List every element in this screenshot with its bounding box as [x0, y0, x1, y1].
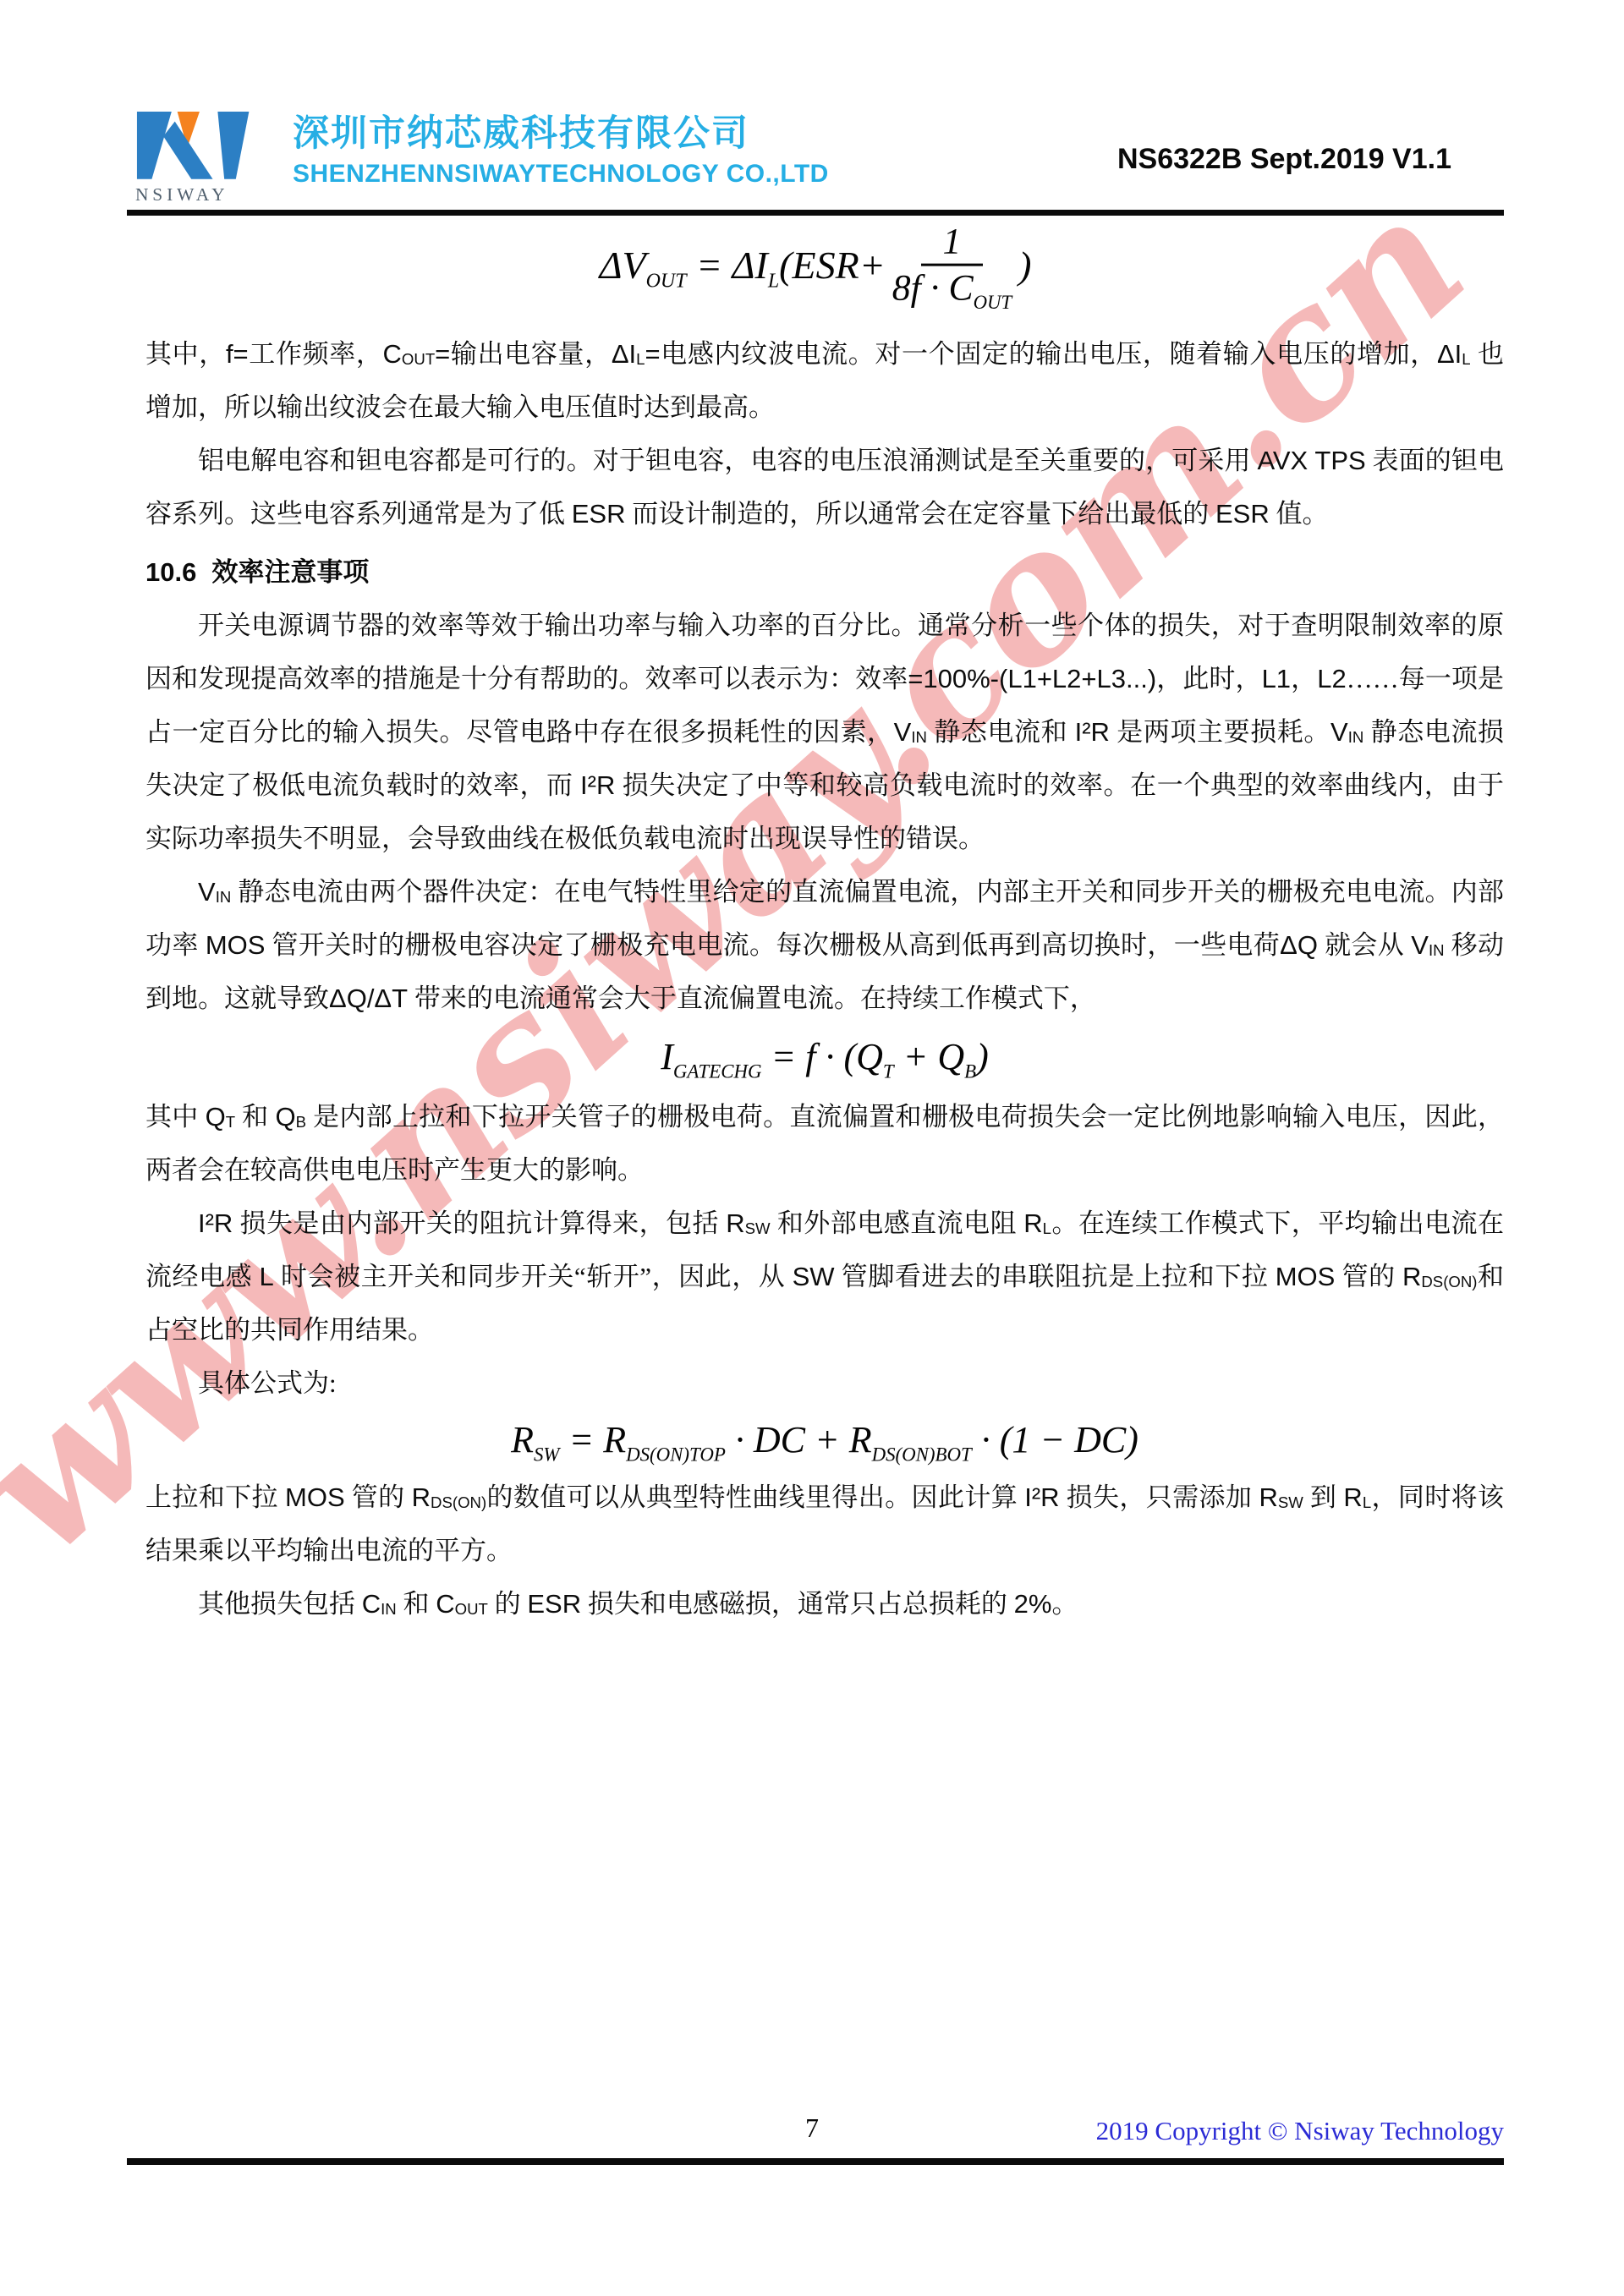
footer-divider — [127, 2158, 1504, 2165]
section-heading: 10.6效率注意事项 — [145, 545, 1504, 599]
company-names: 深圳市纳芯威科技有限公司 SHENZHENNSIWAYTECHNOLOGY CO… — [293, 110, 829, 193]
paragraph-gate-charge-note: 其中 QT 和 QB 是内部上拉和下拉开关管子的栅极电荷。直流偏置和栅极电荷损失… — [145, 1090, 1504, 1197]
paragraph-formula-lead-in: 具体公式为: — [145, 1356, 1504, 1410]
paragraph-ripple-explanation: 其中，f=工作频率，COUT=输出电容量，ΔIL=电感内纹波电流。对一个固定的输… — [145, 327, 1504, 434]
copyright-notice: 2019 Copyright © Nsiway Technology — [1096, 2116, 1504, 2146]
logo-wordmark: NSIWAY — [135, 184, 229, 205]
paragraph-i2r-loss: I²R 损失是由内部开关的阻抗计算得来，包括 RSW 和外部电感直流电阻 RL。… — [145, 1197, 1504, 1356]
section-title: 效率注意事项 — [211, 557, 369, 587]
page-header: NSIWAY 深圳市纳芯威科技有限公司 SHENZHENNSIWAYTECHNO… — [127, 110, 1504, 205]
document-body: ΔVOUT = ΔIL(ESR+18f · COUT) 其中，f=工作频率，CO… — [127, 222, 1504, 1630]
paragraph-capacitor-choice: 铝电解电容和钽电容都是可行的。对于钽电容，电容的电压浪涌测试是至关重要的，可采用… — [145, 434, 1504, 540]
paragraph-other-losses: 其他损失包括 CIN 和 COUT 的 ESR 损失和电感磁损，通常只占总损耗的… — [145, 1577, 1504, 1630]
formula-gate-charge: IGATECHG = f · (QT + QB) — [145, 1035, 1504, 1080]
company-name-cn: 深圳市纳芯威科技有限公司 — [293, 112, 829, 156]
datasheet-page: www.nsiway.com.cn NSIWAY 深圳市纳芯威科技有限公司 SH… — [0, 0, 1624, 2296]
paragraph-vin-quiescent: VIN 静态电流由两个器件决定：在电气特性里给定的直流偏置电流，内部主开关和同步… — [145, 865, 1504, 1025]
body-text-block: 其中，f=工作频率，COUT=输出电容量，ΔIL=电感内纹波电流。对一个固定的输… — [127, 327, 1504, 1631]
brand-block: NSIWAY 深圳市纳芯威科技有限公司 SHENZHENNSIWAYTECHNO… — [127, 110, 829, 205]
formula-output-ripple: ΔVOUT = ΔIL(ESR+18f · COUT) — [127, 227, 1504, 312]
paragraph-efficiency-intro: 开关电源调节器的效率等效于输出功率与输入功率的百分比。通常分析一些个体的损失，对… — [145, 599, 1504, 865]
nsiway-logo-icon: NSIWAY — [127, 110, 269, 205]
company-name-en: SHENZHENNSIWAYTECHNOLOGY CO.,LTD — [293, 156, 829, 193]
document-reference: NS6322B Sept.2019 V1.1 — [1117, 143, 1451, 176]
paragraph-rdson-values: 上拉和下拉 MOS 管的 RDS(ON)的数值可以从典型特性曲线里得出。因此计算… — [145, 1471, 1504, 1577]
header-divider — [127, 210, 1504, 216]
formula-rsw: RSW = RDS(ON)TOP · DC + RDS(ON)BOT · (1 … — [145, 1418, 1504, 1463]
section-number: 10.6 — [145, 557, 196, 587]
